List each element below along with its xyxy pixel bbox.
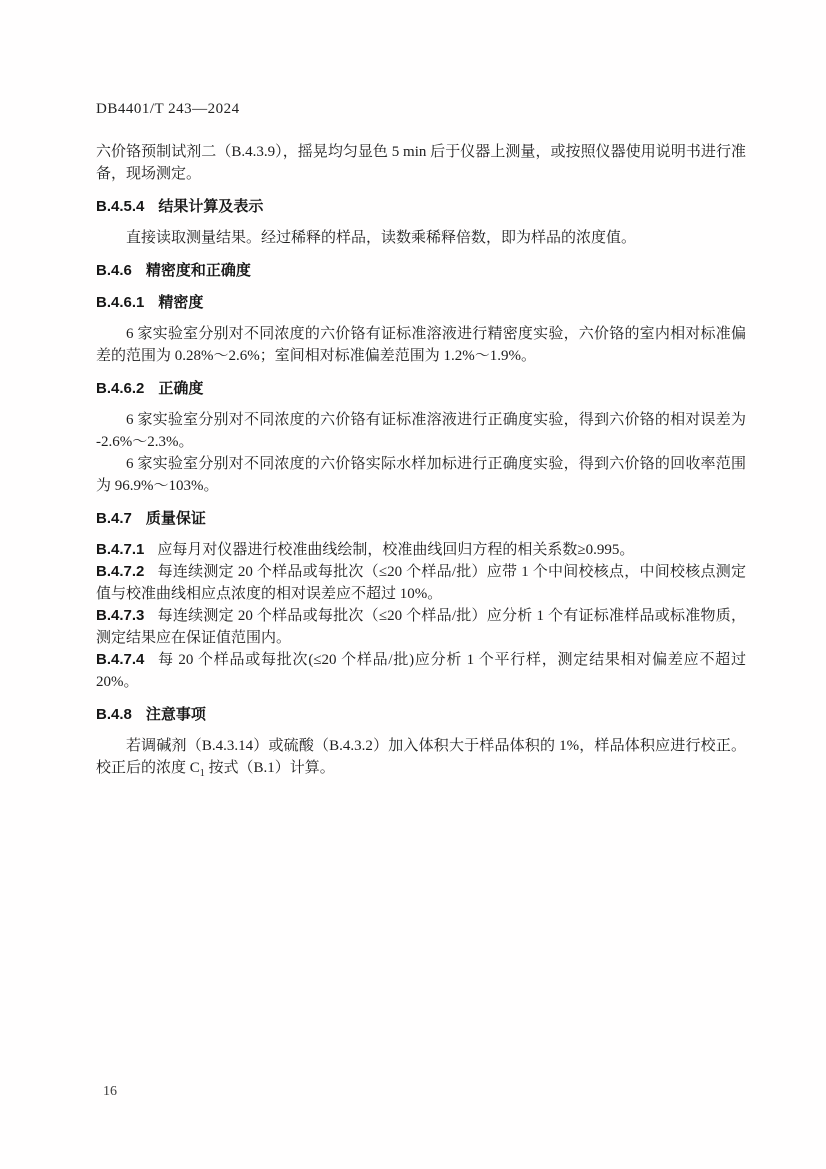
- section-heading-b454: B.4.5.4结果计算及表示: [96, 197, 746, 217]
- paragraph-continuation: 六价铬预制试剂二（B.4.3.9），摇晃均匀显色 5 min 后于仪器上测量，或…: [96, 141, 746, 185]
- section-number: B.4.6: [96, 262, 132, 279]
- clause-b473: B.4.7.3每连续测定 20 个样品或每批次（≤20 个样品/批）应分析 1 …: [96, 605, 746, 649]
- section-title: 正确度: [158, 380, 203, 397]
- clause-number: B.4.7.3: [96, 607, 144, 624]
- section-heading-b461: B.4.6.1精密度: [96, 293, 746, 313]
- clause-text: 每连续测定 20 个样品或每批次（≤20 个样品/批）应带 1 个中间校核点，中…: [96, 564, 746, 602]
- section-title: 结果计算及表示: [158, 198, 263, 215]
- section-heading-b47: B.4.7质量保证: [96, 509, 746, 529]
- document-page: DB4401/T 243—2024 六价铬预制试剂二（B.4.3.9），摇晃均匀…: [0, 0, 826, 1169]
- section-heading-b462: B.4.6.2正确度: [96, 379, 746, 399]
- clause-number: B.4.7.1: [96, 541, 144, 558]
- clause-text: 每 20 个样品或每批次(≤20 个样品/批)应分析 1 个平行样，测定结果相对…: [96, 652, 746, 690]
- section-title: 精密度和正确度: [146, 262, 251, 279]
- clause-text: 每连续测定 20 个样品或每批次（≤20 个样品/批）应分析 1 个有证标准样品…: [96, 608, 746, 646]
- clause-number: B.4.7.2: [96, 563, 144, 580]
- section-heading-b46: B.4.6精密度和正确度: [96, 261, 746, 281]
- document-body: 六价铬预制试剂二（B.4.3.9），摇晃均匀显色 5 min 后于仪器上测量，或…: [96, 141, 746, 779]
- paragraph-text: 若调碱剂（B.4.3.14）或硫酸（B.4.3.2）加入体积大于样品体积的 1%…: [96, 738, 746, 776]
- section-title: 精密度: [158, 294, 203, 311]
- paragraph-b462-1: 6 家实验室分别对不同浓度的六价铬有证标准溶液进行正确度实验，得到六价铬的相对误…: [96, 409, 746, 453]
- clause-b474: B.4.7.4每 20 个样品或每批次(≤20 个样品/批)应分析 1 个平行样…: [96, 649, 746, 693]
- section-heading-b48: B.4.8注意事项: [96, 705, 746, 725]
- section-title: 注意事项: [146, 706, 206, 723]
- paragraph-b461: 6 家实验室分别对不同浓度的六价铬有证标准溶液进行精密度实验，六价铬的室内相对标…: [96, 323, 746, 367]
- paragraph-b454: 直接读取测量结果。经过稀释的样品，读数乘稀释倍数，即为样品的浓度值。: [96, 227, 746, 249]
- doc-code: DB4401/T 243—2024: [96, 101, 240, 118]
- clause-b471: B.4.7.1应每月对仪器进行校准曲线绘制，校准曲线回归方程的相关系数≥0.99…: [96, 539, 746, 561]
- paragraph-b462-2: 6 家实验室分别对不同浓度的六价铬实际水样加标进行正确度实验，得到六价铬的回收率…: [96, 453, 746, 497]
- page-number: 16: [103, 1084, 117, 1100]
- section-number: B.4.6.1: [96, 294, 144, 311]
- clause-number: B.4.7.4: [96, 651, 144, 668]
- section-number: B.4.6.2: [96, 380, 144, 397]
- clause-b472: B.4.7.2每连续测定 20 个样品或每批次（≤20 个样品/批）应带 1 个…: [96, 561, 746, 605]
- paragraph-b48: 若调碱剂（B.4.3.14）或硫酸（B.4.3.2）加入体积大于样品体积的 1%…: [96, 735, 746, 779]
- clause-text: 应每月对仪器进行校准曲线绘制，校准曲线回归方程的相关系数≥0.995。: [157, 542, 634, 558]
- section-title: 质量保证: [146, 510, 206, 527]
- section-number: B.4.8: [96, 706, 132, 723]
- section-number: B.4.7: [96, 510, 132, 527]
- paragraph-text: 按式（B.1）计算。: [205, 760, 335, 776]
- section-number: B.4.5.4: [96, 198, 144, 215]
